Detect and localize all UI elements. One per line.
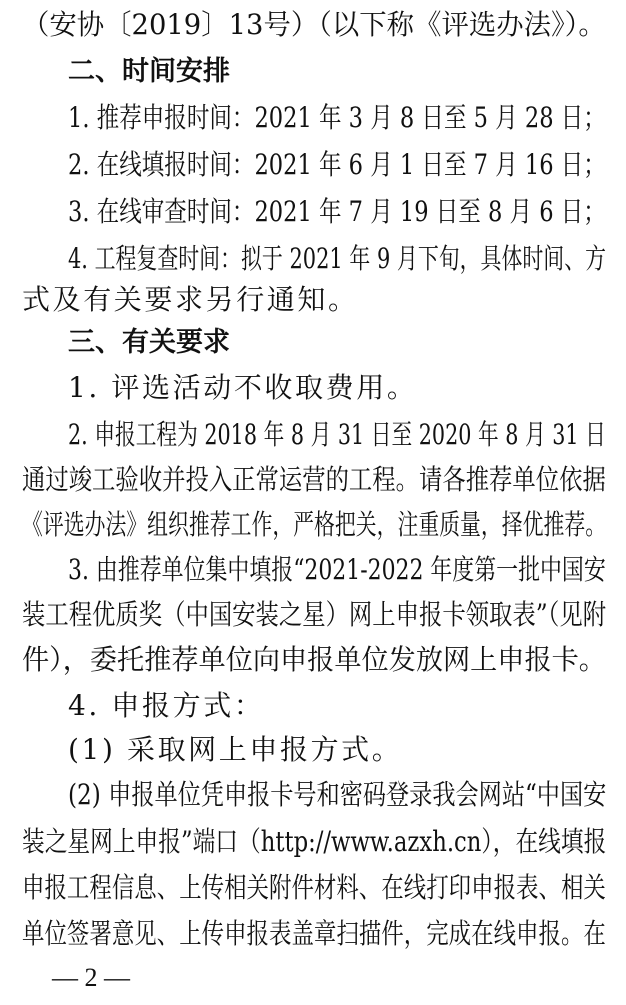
requirement-item-eligibility: 2. 申报工程为 2018 年 8 月 31 日至 2020 年 8 月 31 … [68, 417, 606, 453]
method-subitem-login: (2) 申报单位凭申报卡号和密码登录我会网站“中国安 [68, 777, 606, 813]
schedule-item-online-fill: 2. 在线填报时间：2021 年 6 月 1 日至 7 月 16 日； [68, 147, 606, 183]
section-heading-requirements: 三、有关要求 [68, 325, 606, 361]
schedule-item-recheck: 4. 工程复查时间：拟于 2021 年 9 月下旬，具体时间、方 [68, 241, 606, 277]
text-line-continuation: 通过竣工验收并投入正常运营的工程。请各推荐单位依据 [22, 462, 606, 498]
requirement-item-card-form: 3. 由推荐单位集中填报“2021-2022 年度第一批中国安 [68, 552, 606, 588]
page-number: — 2 — [52, 962, 130, 994]
text-line-continuation: 装工程优质奖（中国安装之星）网上申报卡领取表”（见附 [22, 597, 606, 633]
text-line-continuation: 式及有关要求另行通知。 [22, 282, 606, 318]
schedule-item-recommend: 1. 推荐申报时间：2021 年 3 月 8 日至 5 月 28 日； [68, 100, 606, 136]
text-line-continuation: 单位签署意见、上传申报表盖章扫描件，完成在线申报。在 [22, 916, 606, 952]
method-subitem-online: (1) 采取网上申报方式。 [68, 732, 606, 768]
text-line-continuation: 件），委托推荐单位向申报单位发放网上申报卡。 [22, 642, 606, 678]
text-line-continuation: 《评选办法》组织推荐工作，严格把关，注重质量，择优推荐。 [22, 507, 606, 543]
text-line-reference: （安协〔2019〕13号）（以下称《评选办法》）。 [22, 7, 606, 43]
section-heading-schedule: 二、时间安排 [68, 54, 606, 90]
document-page: （安协〔2019〕13号）（以下称《评选办法》）。 二、时间安排 1. 推荐申报… [0, 0, 626, 1005]
schedule-item-online-review: 3. 在线审查时间：2021 年 7 月 19 日至 8 月 6 日； [68, 194, 606, 230]
requirement-item-method: 4. 申报方式： [68, 688, 606, 724]
requirement-item-free: 1. 评选活动不收取费用。 [68, 370, 606, 406]
text-line-continuation: 申报工程信息、上传相关附件材料、在线打印申报表、相关 [22, 870, 606, 906]
text-line-url: 装之星网上申报”端口（http://www.azxh.cn），在线填报 [22, 824, 606, 860]
